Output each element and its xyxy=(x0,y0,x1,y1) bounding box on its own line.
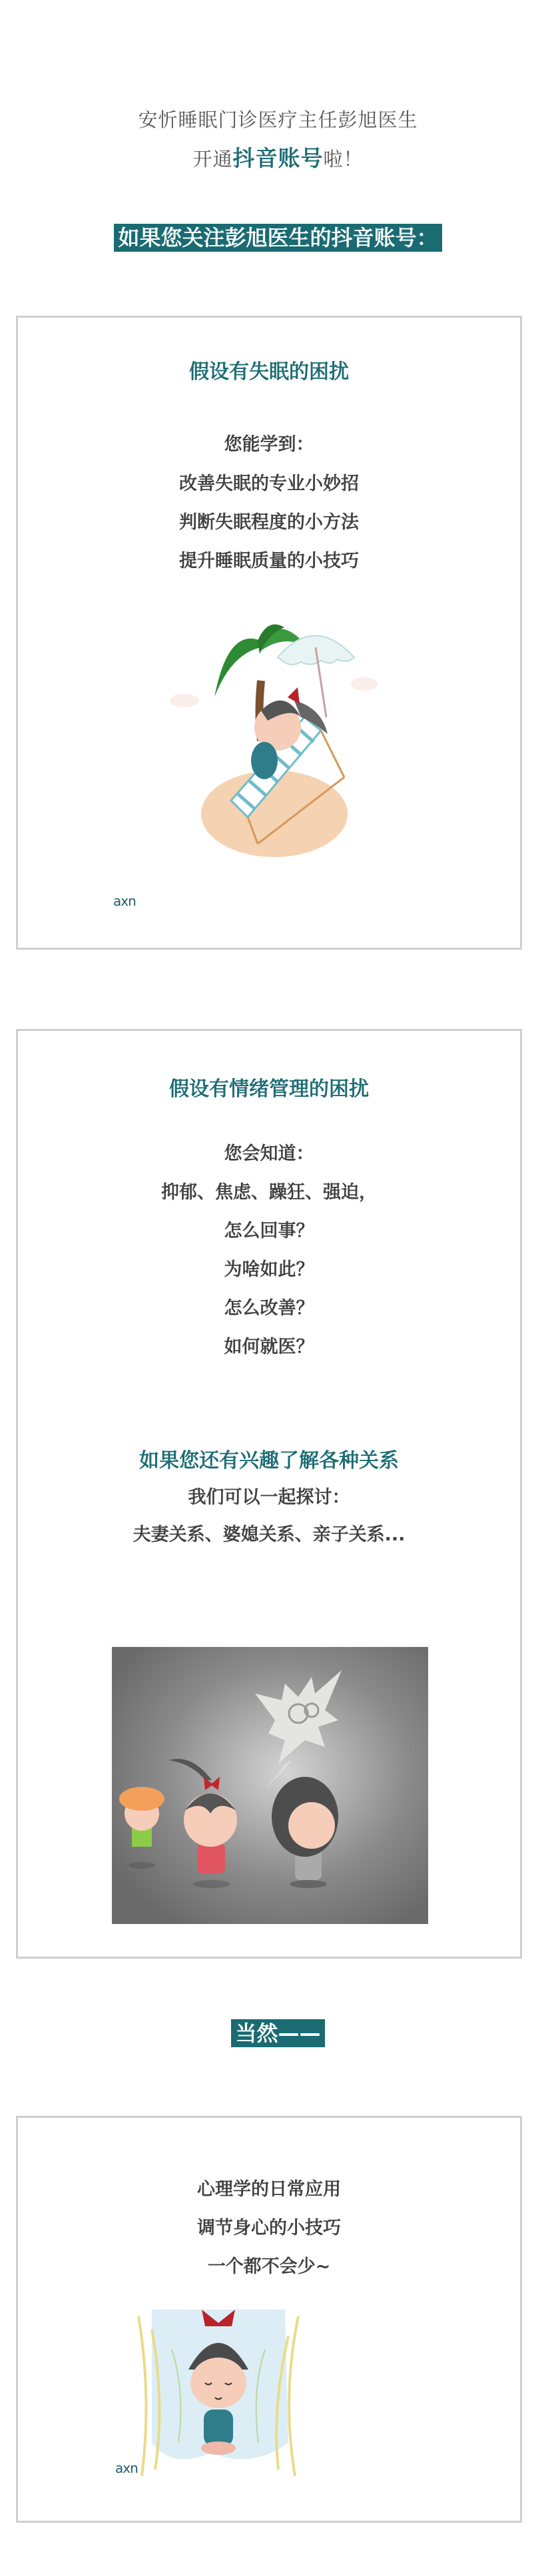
watermark: axn xyxy=(113,893,136,909)
intro-line-2: 开通抖音账号啦！ xyxy=(0,141,556,172)
card-line: 调节身心的小技巧 xyxy=(18,2213,520,2239)
meditation-illustration xyxy=(132,2310,308,2479)
beach-lounger-illustration xyxy=(168,601,388,867)
daily-psychology-card: 心理学的日常应用 调节身心的小技巧 一个都不会少~ axn xyxy=(16,2116,522,2523)
card-line: 一个都不会少~ xyxy=(18,2252,520,2278)
insomnia-card: 假设有失眠的困扰 您能学到： 改善失眠的专业小妙招 判断失眠程度的小方法 提升睡… xyxy=(16,316,522,950)
follow-heading: 如果您关注彭旭医生的抖音账号： xyxy=(0,224,556,252)
intro-prefix: 开通 xyxy=(192,148,232,170)
of-course-heading: 当然—— xyxy=(0,2019,556,2047)
card-title: 假设有失眠的困扰 xyxy=(18,355,520,384)
card-line: 心理学的日常应用 xyxy=(18,2174,520,2200)
relations-line: 我们可以一起探讨： xyxy=(18,1482,520,1508)
card-line: 您能学到： xyxy=(18,430,520,456)
card-line: 抑郁、焦虑、躁狂、强迫， xyxy=(18,1177,520,1203)
emotion-card: 假设有情绪管理的困扰 您会知道： 抑郁、焦虑、躁狂、强迫， 怎么回事？ 为啥如此… xyxy=(16,1029,522,1959)
card-line: 怎么回事？ xyxy=(18,1216,520,1242)
card-line: 为啥如此？ xyxy=(18,1255,520,1281)
card-title: 假设有情绪管理的困扰 xyxy=(18,1072,520,1102)
intro-suffix: 啦！ xyxy=(324,148,364,170)
card-line: 判断失眠程度的小方法 xyxy=(18,507,520,533)
card-line: 怎么改善？ xyxy=(18,1293,520,1319)
of-course-highlight: 当然—— xyxy=(231,2019,324,2047)
card-line: 提升睡眠质量的小技巧 xyxy=(18,546,520,572)
relations-line: 夫妻关系、婆媳关系、亲子关系... xyxy=(18,1520,520,1546)
watermark: axn xyxy=(115,2460,138,2476)
family-argument-illustration xyxy=(112,1647,428,1924)
card-line: 如何就医？ xyxy=(18,1332,520,1358)
relations-subtitle: 如果您还有兴趣了解各种关系 xyxy=(18,1444,520,1473)
card-line: 改善失眠的专业小妙招 xyxy=(18,469,520,495)
card-line: 您会知道： xyxy=(18,1139,520,1165)
intro-line-1: 安忻睡眠门诊医疗主任彭旭医生 xyxy=(0,105,556,133)
intro-accent: 抖音账号 xyxy=(233,145,324,171)
follow-heading-highlight: 如果您关注彭旭医生的抖音账号： xyxy=(114,224,441,252)
